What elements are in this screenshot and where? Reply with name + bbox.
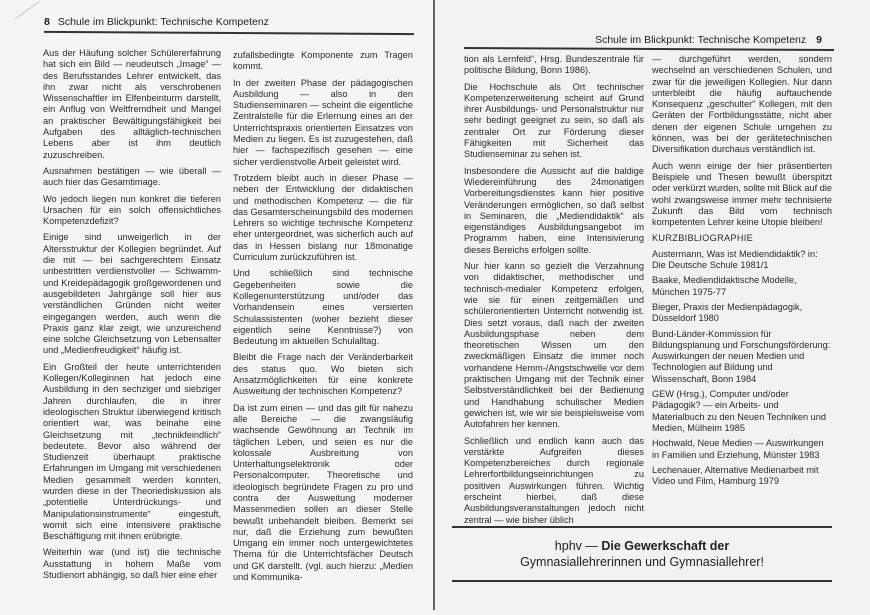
paragraph: Nur hier kann so gezielt die Verzahnung …: [464, 261, 644, 430]
union-brand: hphv: [555, 539, 582, 553]
right-column-2: — durchgeführt werden, sondern wechselnd…: [652, 54, 832, 491]
bibliography-item: Austermann, Was ist Mediendidaktik? in: …: [652, 249, 832, 272]
paragraph: — durchgeführt werden, sondern wechselnd…: [652, 54, 832, 156]
bibliography-item: GEW (Hrsg.), Computer und/oder Pädagogik…: [652, 389, 832, 434]
bibliography-item: Lechenauer, Alternative Medienarbeit mit…: [652, 465, 832, 488]
left-running-head-title: Schule im Blickpunkt: Technische Kompete…: [58, 16, 269, 28]
left-running-head: 8Schule im Blickpunkt: Technische Kompet…: [44, 16, 269, 28]
magazine-spread: 8Schule im Blickpunkt: Technische Kompet…: [0, 0, 870, 615]
paragraph: zufallsbedingte Komponente zum Tragen ko…: [233, 50, 413, 73]
paragraph: Wo jedoch liegen nun konkret die tiefere…: [43, 194, 221, 228]
right-page-number: 9: [816, 34, 822, 46]
paragraph: tion als Lernfeld“, Hrsg. Bundeszentrale…: [464, 54, 644, 77]
left-column-2: zufallsbedingte Komponente zum Tragen ko…: [233, 50, 413, 588]
left-page: 8Schule im Blickpunkt: Technische Kompet…: [0, 0, 436, 615]
paragraph: Und schließlich sind technische Gegebenh…: [233, 268, 413, 347]
paragraph: Ausnahmen bestätigen — wie überall — auc…: [43, 166, 221, 189]
left-page-number: 8: [44, 16, 50, 28]
paragraph: Die Hochschule als Ort technischer Kompe…: [464, 82, 644, 161]
paragraph: Weiterhin war (und ist) die technische A…: [43, 547, 221, 581]
page-scuff-mark: [14, 1, 39, 19]
paragraph: Ein Großteil der heute unterrichtenden K…: [43, 362, 221, 543]
bibliography-item: Baake, Mediendidaktische Modelle, Münche…: [652, 275, 832, 298]
union-slogan-box: hphv — Die Gewerkschaft der Gymnasialleh…: [452, 528, 832, 570]
paragraph: In der zweiten Phase der pädagogischen A…: [233, 78, 413, 168]
left-column-1: Aus der Häufung solcher Schülererfahrung…: [43, 48, 221, 586]
page-gutter: [433, 0, 435, 610]
footer-bottom-rule: [452, 580, 832, 582]
bibliography-item: Bund-Länder-Kommission für Bildungsplanu…: [652, 329, 832, 385]
paragraph: Aus der Häufung solcher Schülererfahrung…: [43, 48, 221, 161]
slogan-line-2: Gymnasiallehrerinnen und Gymnasiallehrer…: [452, 554, 832, 570]
right-running-head-title: Schule im Blickpunkt: Technische Kompete…: [595, 34, 806, 46]
bibliography-item: Bieger, Praxis der Medienpädagogik, Düss…: [652, 302, 832, 325]
bibliography-item: Hochwald, Neue Medien — Auswirkungen in …: [652, 438, 832, 461]
paragraph: Bleibt die Frage nach der Veränderbarkei…: [233, 352, 413, 397]
paragraph: Auch wenn einige der hier präsentierten …: [652, 161, 832, 229]
left-header-rule: [44, 31, 414, 35]
right-running-head: Schule im Blickpunkt: Technische Kompete…: [595, 34, 822, 46]
bibliography-heading: KURZBIBLIOGRAPHIE: [652, 233, 832, 244]
paragraph: Trotzdem bleibt auch in dieser Phase — n…: [233, 173, 413, 263]
paragraph: Schließlich und endlich kann auch das ve…: [464, 436, 644, 526]
right-column-1: tion als Lernfeld“, Hrsg. Bundeszentrale…: [464, 54, 644, 531]
slogan-dash: —: [582, 539, 601, 553]
slogan-line-1: hphv — Die Gewerkschaft der: [452, 538, 832, 554]
slogan-text-1: Die Gewerkschaft der: [601, 539, 729, 553]
paragraph: Einige sind unweigerlich in der Altersst…: [43, 232, 221, 356]
paragraph: Da ist zum einen — und das gilt für nahe…: [233, 403, 413, 584]
paragraph: Insbesondere die Aussicht auf die baldig…: [464, 166, 644, 256]
